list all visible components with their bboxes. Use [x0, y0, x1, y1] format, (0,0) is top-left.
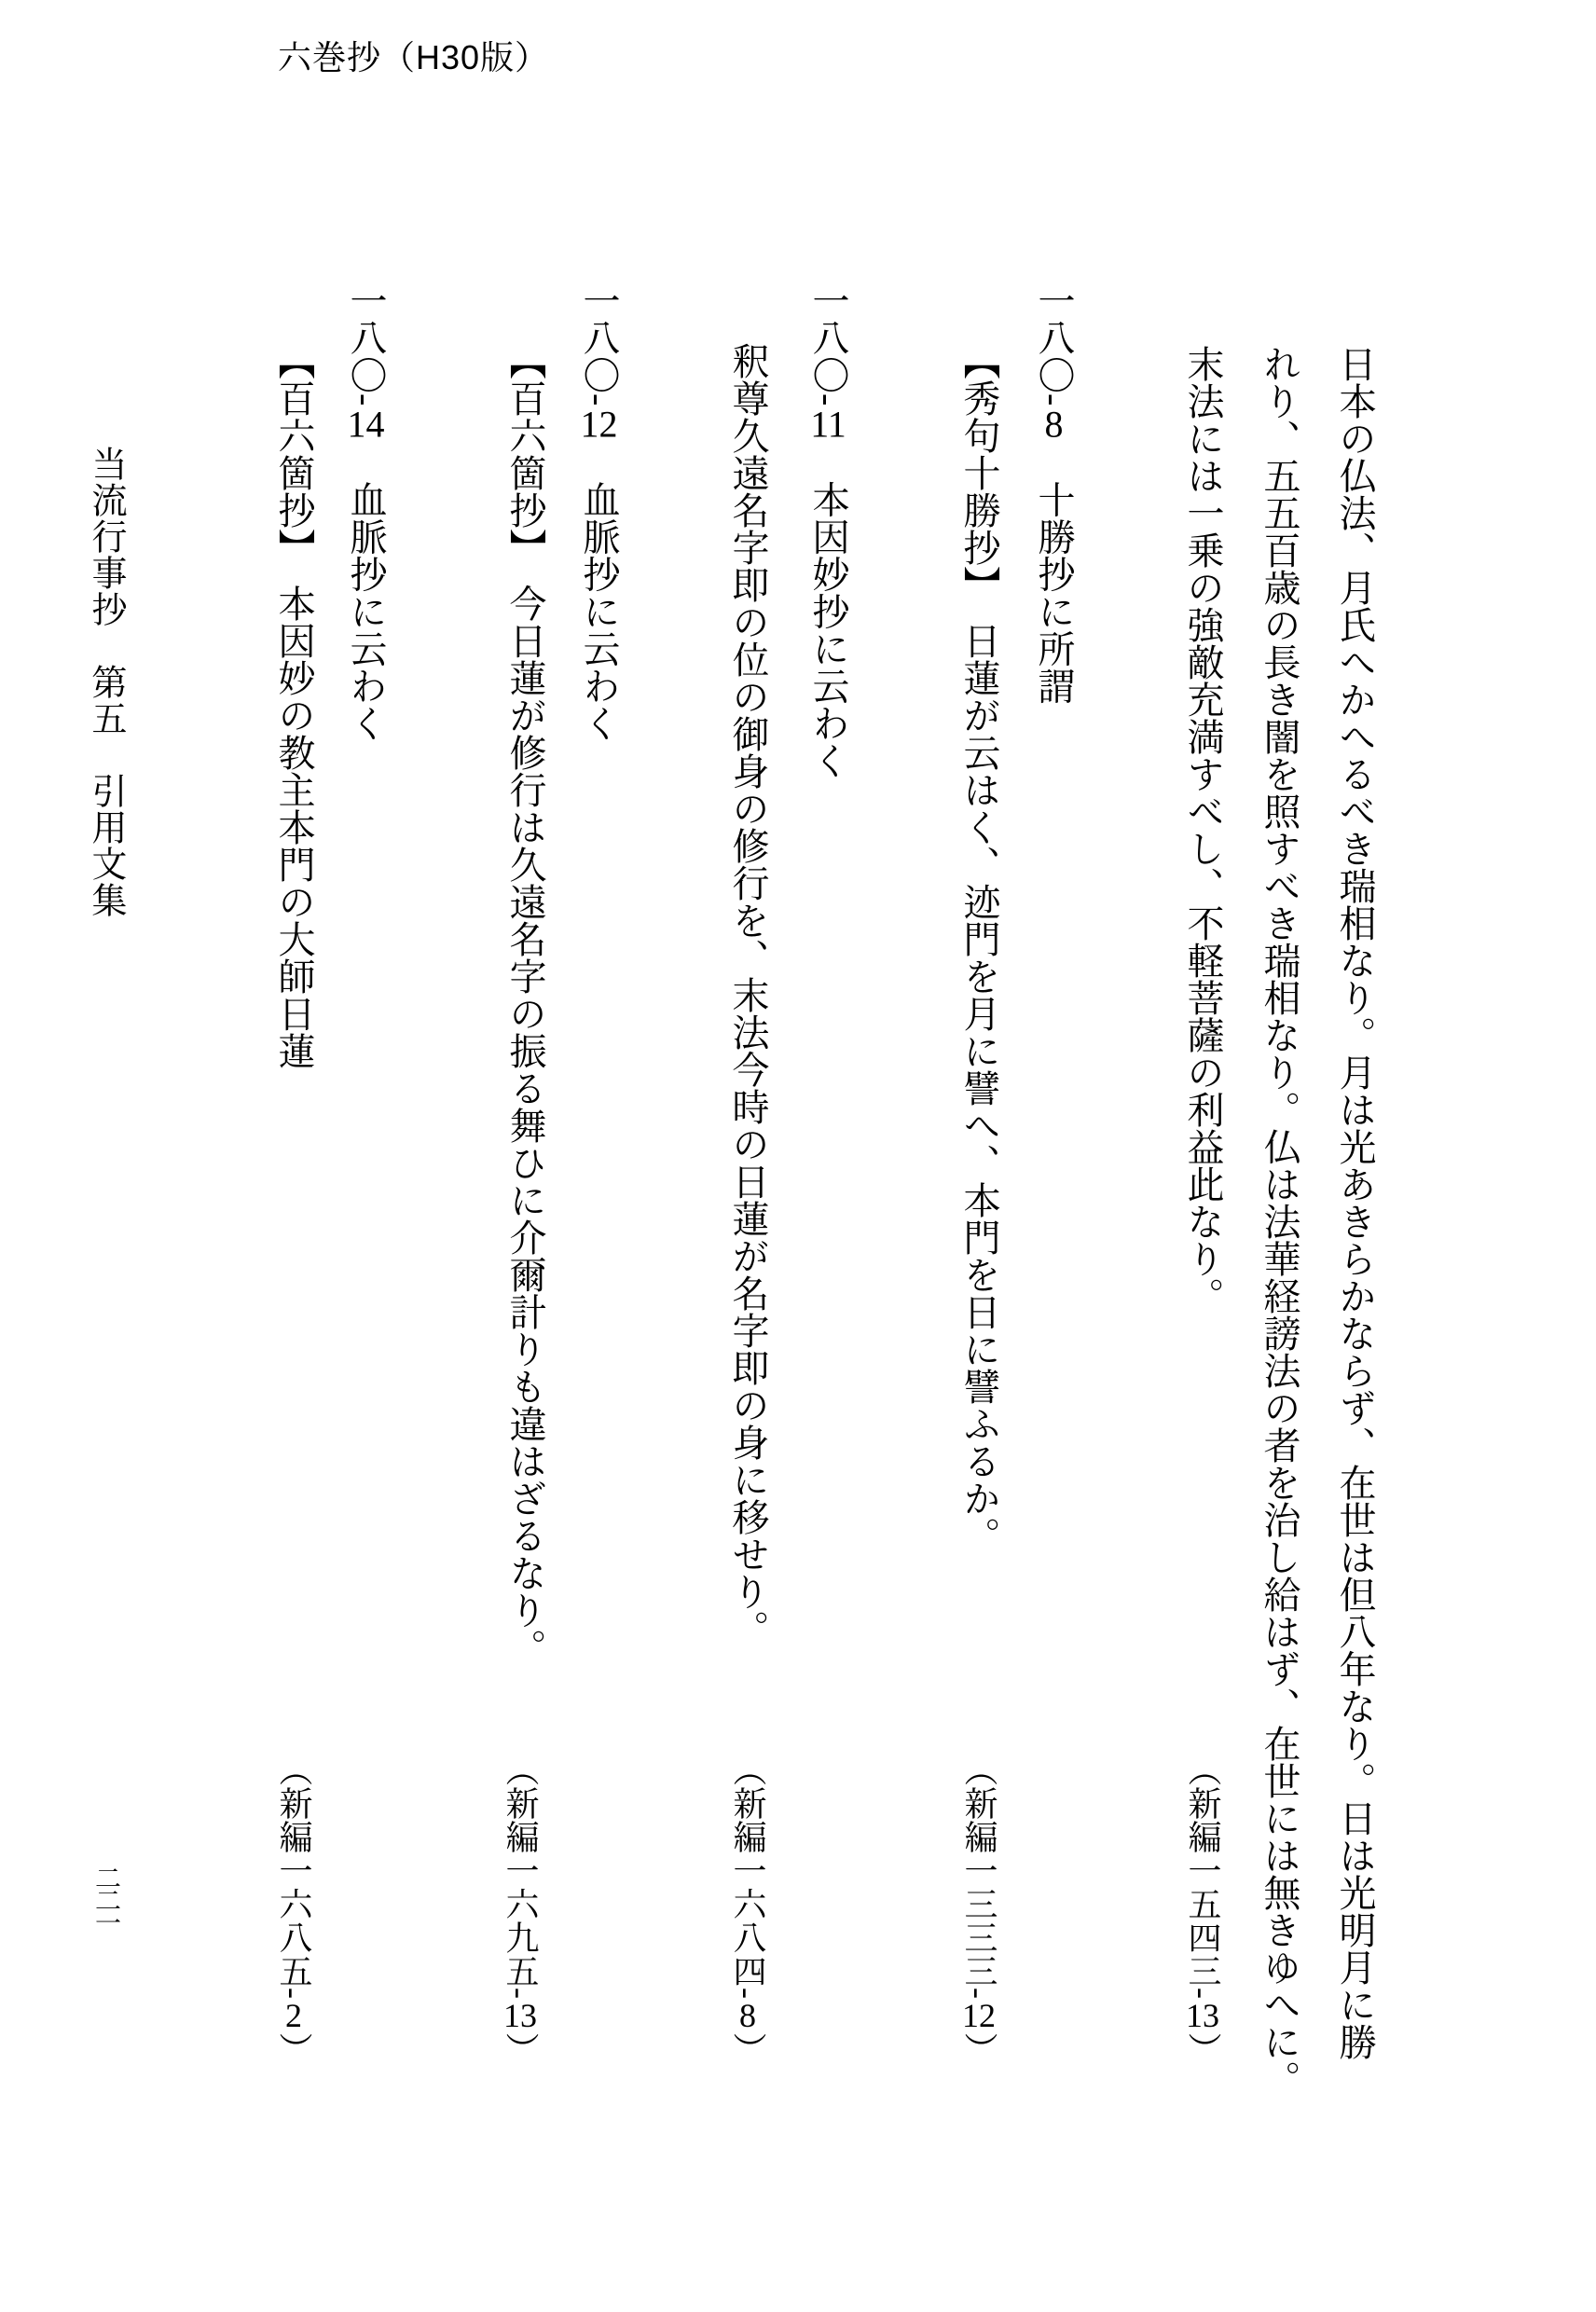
quote-column: 釈尊久遠名字即の位の御身の修行を、末法今時の日蓮が名字即の身に移せり。 — [729, 342, 766, 1647]
page-number: 二二一 — [92, 1865, 118, 1932]
scanned-document-page: 六巻抄（H30版） 日本の仏法、月氏へかへるべき瑞相なり。月は光あきらかならず、… — [0, 0, 1596, 2312]
section-title: 血脈抄に云わく — [578, 443, 620, 741]
quote-column: 【百六箇抄】 今日蓮が修行は久遠名字の振る舞ひに介爾計りも違はざるなり。 — [506, 342, 543, 1666]
reference-text: （新編一五四三- — [1184, 1753, 1221, 1999]
section-title: 本因妙抄に云わく — [807, 443, 849, 778]
document-title: 六巻抄（H30版） — [278, 32, 549, 79]
section-title: 血脈抄に云わく — [345, 443, 387, 741]
section-number: 一八〇- — [578, 282, 620, 406]
reference-citation: （新編一六八五-2） — [277, 1753, 310, 2066]
reference-citation: （新編一六八四-8） — [731, 1753, 764, 2066]
quote-column: れり、五五百歳の長き闇を照すべき瑞相なり。仏は法華経謗法の者を治し給はず、在世に… — [1260, 345, 1298, 2098]
reference-line-number: 12 — [960, 1999, 997, 2032]
quote-column: 【百六箇抄】 本因妙の教主本門の大師日蓮 — [275, 342, 312, 1069]
section-header: 一八〇-11 本因妙抄に云わく — [809, 282, 846, 778]
section-sub-number: 14 — [345, 406, 387, 443]
quote-column: 末法には一乗の強敵充満すべし、不軽菩薩の利益此なり。 — [1184, 345, 1221, 1314]
section-header: 一八〇-8 十勝抄に所謂 — [1035, 282, 1072, 704]
margin-book-title: 当流行事抄 第五 引用文集 — [88, 446, 123, 918]
reference-line-number: 13 — [1184, 1999, 1221, 2032]
reference-close: ） — [1184, 2032, 1221, 2066]
section-sub-number: 11 — [807, 406, 849, 443]
section-sub-number: 12 — [578, 406, 620, 443]
reference-close: ） — [275, 2032, 312, 2066]
reference-text: （新編一六九五- — [502, 1753, 539, 1999]
section-title: 十勝抄に所謂 — [1033, 443, 1075, 704]
section-header: 一八〇-12 血脈抄に云わく — [580, 282, 617, 741]
section-number: 一八〇- — [1033, 282, 1075, 406]
reference-close: ） — [729, 2032, 766, 2066]
section-sub-number: 8 — [1033, 406, 1075, 443]
reference-citation: （新編一六九五-13） — [503, 1753, 537, 2066]
section-number: 一八〇- — [807, 282, 849, 406]
reference-line-number: 2 — [275, 1999, 312, 2032]
section-header: 一八〇-14 血脈抄に云わく — [347, 282, 384, 741]
quote-column: 日本の仏法、月氏へかへるべき瑞相なり。月は光あきらかならず、在世は但八年なり。日… — [1336, 345, 1373, 2060]
reference-text: （新編一六八五- — [275, 1753, 312, 1999]
reference-citation: （新編一五四三-13） — [1186, 1753, 1219, 2066]
reference-text: （新編一六八四- — [729, 1753, 766, 1999]
reference-close: ） — [502, 2032, 539, 2066]
reference-text: （新編一三三三- — [960, 1753, 997, 1999]
quote-column: 【秀句十勝抄】 日蓮が云はく、迹門を月に譬へ、本門を日に譬ふるか。 — [960, 342, 997, 1554]
reference-line-number: 13 — [502, 1999, 539, 2032]
reference-citation: （新編一三三三-12） — [962, 1753, 996, 2066]
reference-close: ） — [960, 2032, 997, 2066]
reference-line-number: 8 — [729, 1999, 766, 2032]
section-number: 一八〇- — [345, 282, 387, 406]
